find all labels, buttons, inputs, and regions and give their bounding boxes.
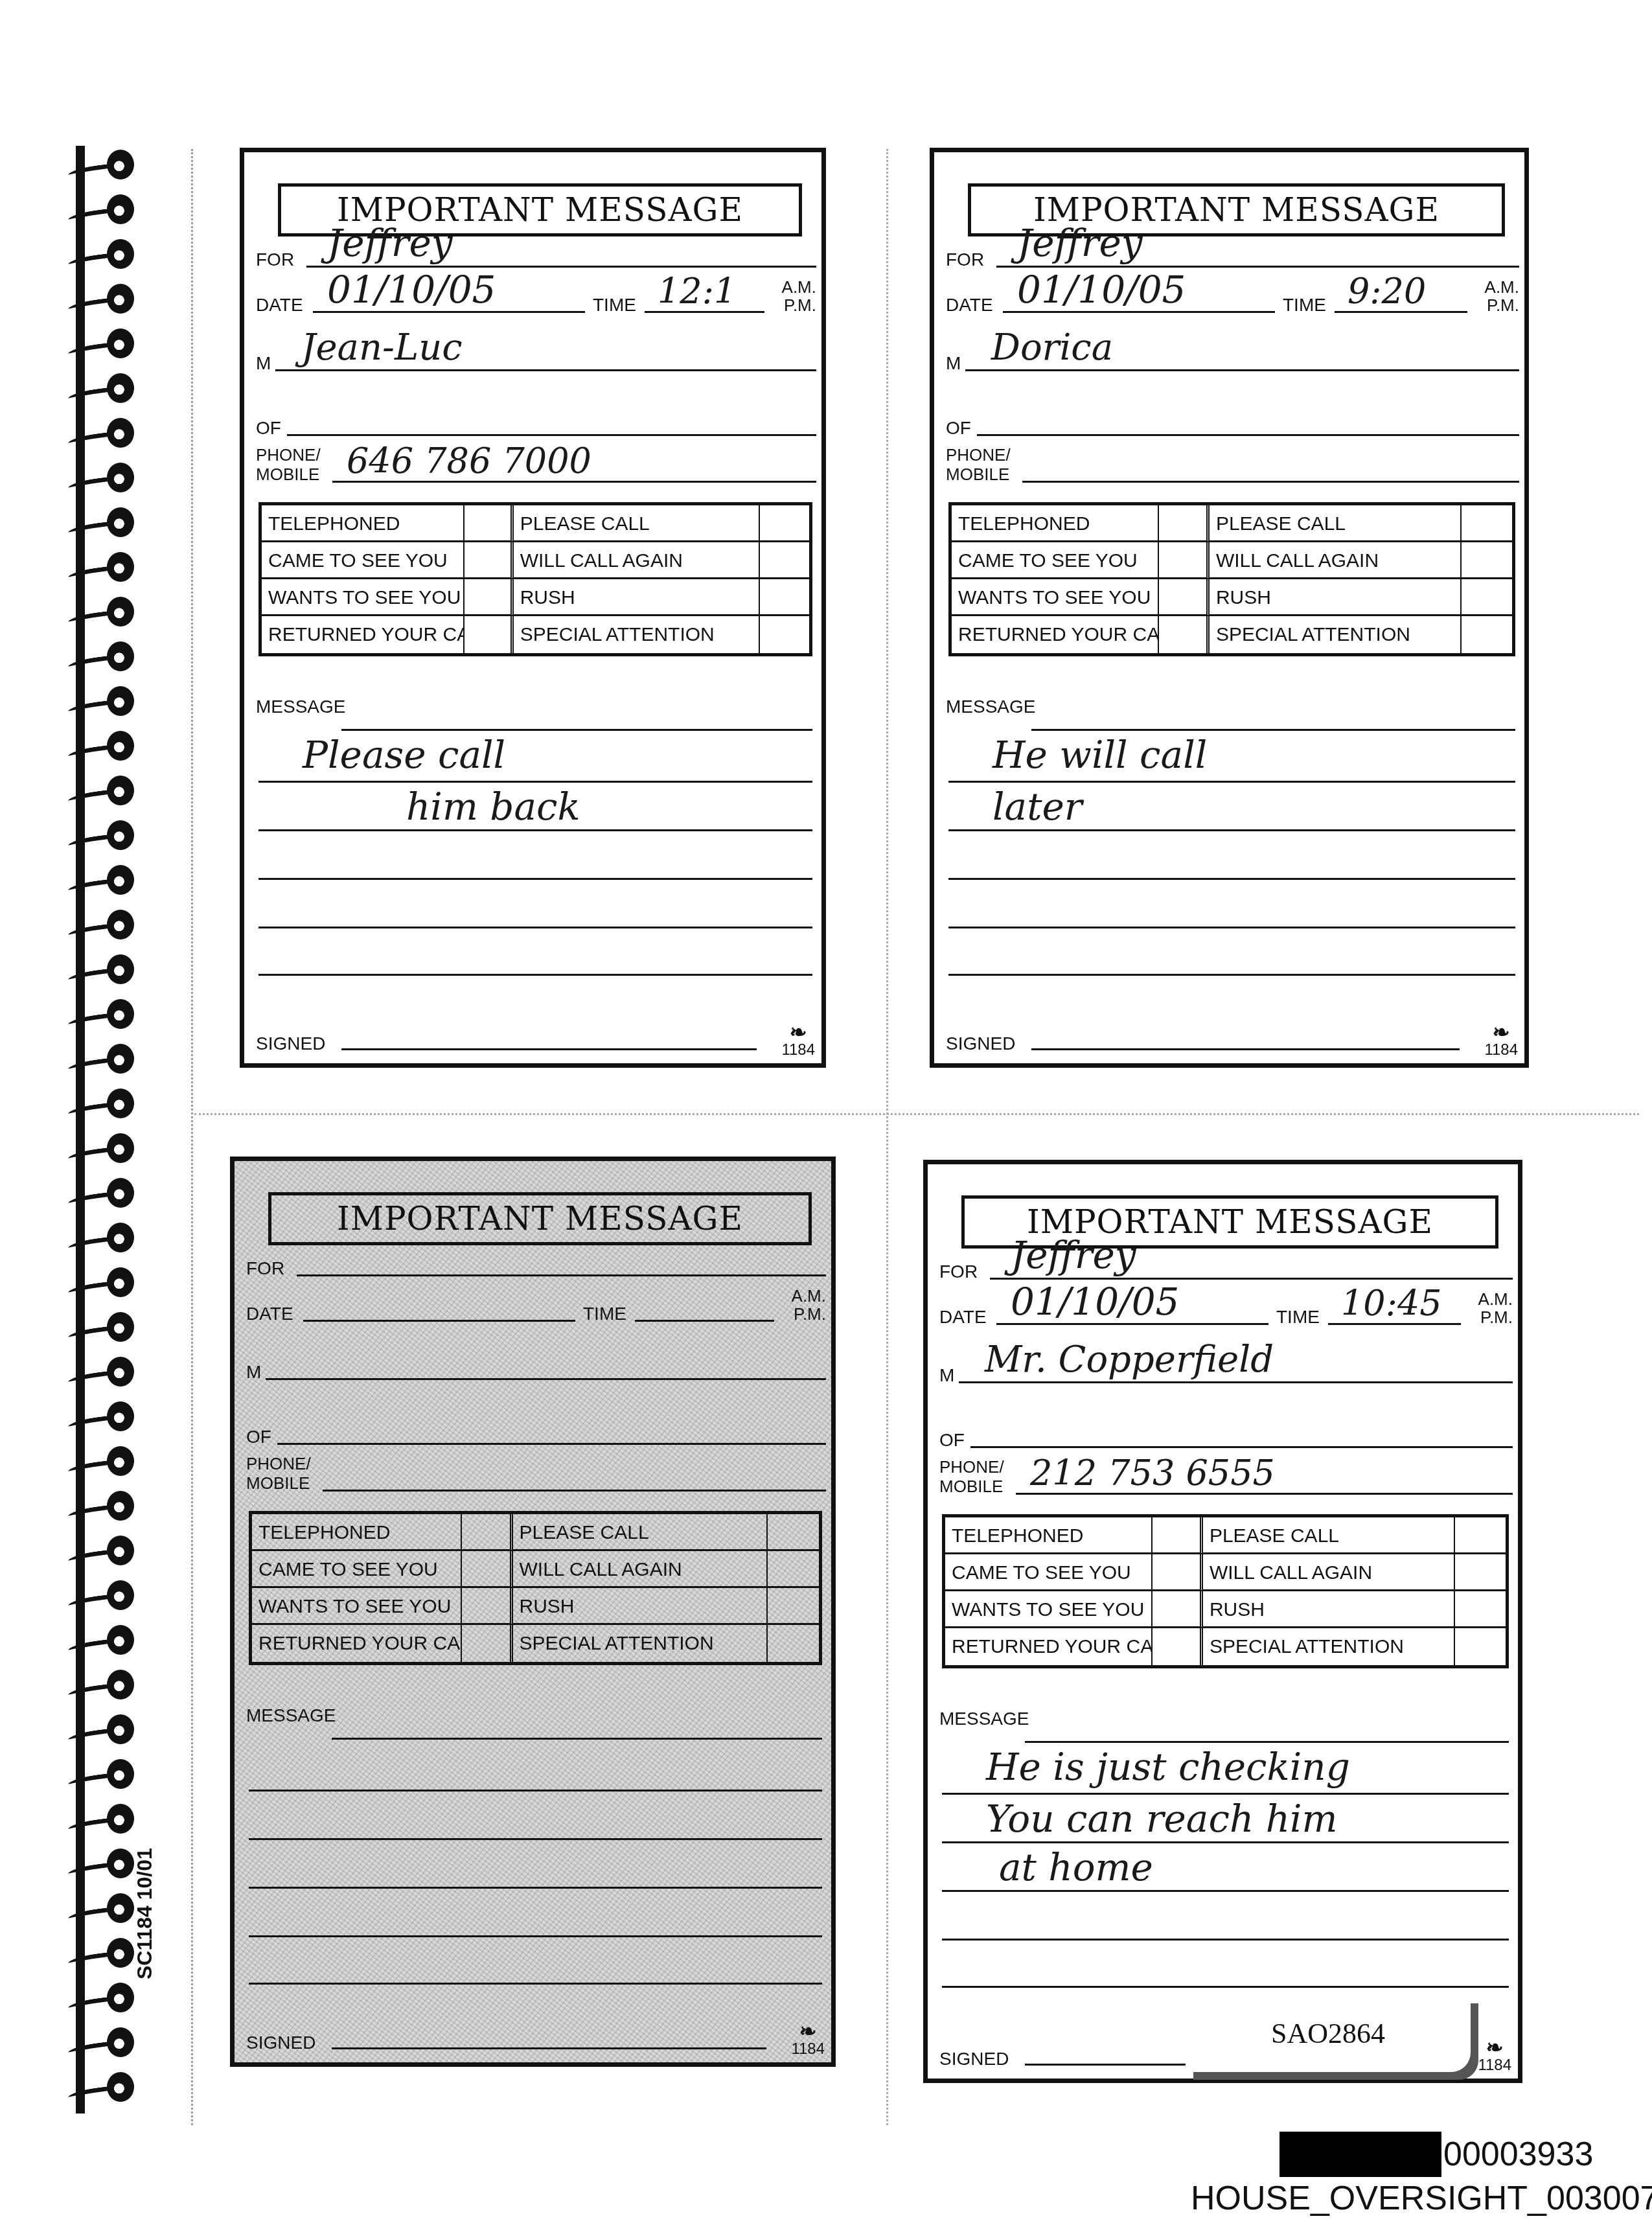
pm-label[interactable]: P.M. — [784, 295, 816, 315]
pm-label[interactable]: P.M. — [1487, 295, 1519, 315]
phone-field[interactable]: PHONE/MOBILE 646 786 7000 — [256, 443, 816, 484]
checkbox-returned-your-call[interactable] — [1153, 1628, 1203, 1665]
checkbox-wants-to-see-you[interactable] — [465, 579, 514, 616]
form-number: ❧ 1184 — [1484, 1022, 1518, 1058]
adams-logo-icon: ❧ — [791, 2021, 825, 2042]
spiral-coil — [68, 2023, 152, 2064]
phone-field[interactable]: PHONE/MOBILE — [946, 443, 1519, 484]
checkbox-returned-your-call[interactable] — [465, 616, 514, 653]
m-label: M — [256, 354, 271, 373]
spiral-coil — [68, 414, 152, 454]
message-line: You can reach him — [986, 1797, 1338, 1841]
for-field[interactable]: FOR — [246, 1252, 826, 1278]
message-rule — [948, 974, 1515, 976]
signed-line[interactable] — [332, 2047, 766, 2049]
checkbox-rush[interactable] — [1462, 579, 1512, 616]
of-field[interactable]: OF — [256, 411, 816, 437]
checkbox-wants-to-see-you[interactable] — [462, 1588, 513, 1625]
signed-label: SIGNED — [256, 1033, 325, 1054]
message-type-checklist: TELEPHONEDPLEASE CALLCAME TO SEE YOUWILL… — [258, 502, 812, 656]
spiral-coil — [68, 906, 152, 946]
spiral-coil — [68, 548, 152, 588]
from-value: Mr. Copperfield — [985, 1339, 1274, 1381]
checkbox-please-call[interactable] — [1462, 505, 1512, 542]
label-rush: RUSH — [513, 1588, 768, 1625]
checkbox-special-attention[interactable] — [760, 616, 809, 653]
message-rule — [258, 878, 812, 880]
label-rush: RUSH — [1203, 1591, 1455, 1628]
spiral-binding — [68, 146, 152, 2122]
for-field[interactable]: FOR Jeffrey — [946, 243, 1519, 269]
spiral-coil — [68, 1219, 152, 1259]
spiral-coil — [68, 1800, 152, 1840]
spiral-coil — [68, 1532, 152, 1572]
checkbox-came-to-see-you[interactable] — [1153, 1554, 1203, 1591]
message-slip-top-left: IMPORTANT MESSAGE FOR Jeffrey DATE 01/10… — [240, 148, 826, 1068]
from-field[interactable]: M — [246, 1355, 826, 1381]
message-slip-top-right: IMPORTANT MESSAGE FOR Jeffrey DATE 01/10… — [930, 148, 1529, 1068]
checkbox-came-to-see-you[interactable] — [465, 542, 514, 579]
phone-field[interactable]: PHONE/MOBILE — [246, 1451, 826, 1493]
phone-field[interactable]: PHONE/MOBILE 212 753 6555 — [939, 1455, 1513, 1496]
of-field[interactable]: OF — [946, 411, 1519, 437]
spiral-coil — [68, 1666, 152, 1706]
signed-line[interactable] — [341, 1048, 757, 1050]
spiral-coil — [68, 1308, 152, 1348]
label-returned-your-call: RETURNED YOUR CALL — [262, 616, 465, 653]
message-rule — [341, 729, 812, 731]
message-slip-bottom-right: IMPORTANT MESSAGE FOR Jeffrey DATE 01/10… — [923, 1160, 1522, 2083]
message-line: Please call — [303, 733, 505, 777]
label-came-to-see-you: CAME TO SEE YOU — [262, 542, 465, 579]
from-field[interactable]: M Jean-Luc — [256, 347, 816, 373]
spiral-coil — [68, 638, 152, 678]
message-label: MESSAGE — [256, 697, 345, 717]
from-value: Jean-Luc — [301, 327, 463, 369]
checkbox-special-attention[interactable] — [768, 1625, 819, 1662]
for-value: Jeffrey — [327, 221, 452, 265]
of-label: OF — [246, 1428, 271, 1446]
form-number: ❧ 1184 — [781, 1022, 815, 1058]
label-wants-to-see-you: WANTS TO SEE YOU — [952, 579, 1159, 616]
spiral-coil — [68, 1442, 152, 1482]
spiral-coil — [68, 1755, 152, 1795]
label-rush: RUSH — [514, 579, 760, 616]
checkbox-returned-your-call[interactable] — [1159, 616, 1210, 653]
spiral-coil — [68, 1576, 152, 1617]
message-rule — [258, 974, 812, 976]
label-special-attention: SPECIAL ATTENTION — [1203, 1628, 1455, 1665]
message-rule — [948, 781, 1515, 783]
from-field[interactable]: M Dorica — [946, 347, 1519, 373]
spiral-coil — [68, 682, 152, 722]
message-rule — [948, 878, 1515, 880]
label-special-attention: SPECIAL ATTENTION — [514, 616, 760, 653]
checkbox-wants-to-see-you[interactable] — [1153, 1591, 1203, 1628]
from-field[interactable]: M Mr. Copperfield — [939, 1359, 1513, 1385]
time-label: TIME — [1283, 296, 1326, 314]
checkbox-rush[interactable] — [1455, 1591, 1506, 1628]
slip-title: IMPORTANT MESSAGE — [268, 1192, 812, 1245]
spiral-coil — [68, 235, 152, 275]
label-came-to-see-you: CAME TO SEE YOU — [252, 1551, 462, 1588]
pm-label[interactable]: P.M. — [794, 1304, 826, 1324]
message-rule — [249, 1983, 822, 1985]
date-time-field[interactable]: DATE TIME A.M. P.M. — [246, 1297, 826, 1323]
spiral-coil — [68, 503, 152, 544]
label-will-call-again: WILL CALL AGAIN — [513, 1551, 768, 1588]
message-line: He is just checking — [986, 1745, 1350, 1789]
adams-logo-icon: ❧ — [1478, 2037, 1511, 2058]
message-rule — [942, 1986, 1509, 1988]
phone-label: PHONE/MOBILE — [939, 1457, 1004, 1496]
phone-value: 646 786 7000 — [347, 441, 591, 481]
message-line: him back — [406, 785, 580, 829]
date-value: 01/10/05 — [1017, 268, 1186, 312]
spiral-coil — [68, 1085, 152, 1125]
checkbox-rush[interactable] — [760, 579, 809, 616]
phone-label: PHONE/MOBILE — [246, 1454, 311, 1493]
message-line: at home — [999, 1845, 1153, 1889]
date-time-field[interactable]: DATE 01/10/05 TIME 10:45 A.M. P.M. — [939, 1300, 1513, 1326]
spiral-coil — [68, 593, 152, 633]
label-came-to-see-you: CAME TO SEE YOU — [952, 542, 1159, 579]
spiral-coil — [68, 861, 152, 901]
form-side-code: SC1184 10/01 — [133, 1848, 157, 1979]
label-came-to-see-you: CAME TO SEE YOU — [945, 1554, 1153, 1591]
label-returned-your-call: RETURNED YOUR CALL — [945, 1628, 1153, 1665]
for-value: Jeffrey — [1017, 221, 1142, 265]
label-please-call: PLEASE CALL — [1203, 1517, 1455, 1554]
label-telephoned: TELEPHONED — [252, 1514, 462, 1551]
message-rule — [942, 1841, 1509, 1843]
message-rule — [258, 781, 812, 783]
label-special-attention: SPECIAL ATTENTION — [1210, 616, 1462, 653]
checkbox-wants-to-see-you[interactable] — [1159, 579, 1210, 616]
message-type-checklist: TELEPHONEDPLEASE CALLCAME TO SEE YOUWILL… — [948, 502, 1515, 656]
date-label: DATE — [939, 1308, 987, 1326]
perforation-left — [191, 149, 193, 2125]
date-value: 01/10/05 — [1011, 1280, 1180, 1324]
label-telephoned: TELEPHONED — [952, 505, 1159, 542]
for-label: FOR — [946, 251, 984, 269]
from-value: Dorica — [991, 327, 1113, 369]
signed-label: SIGNED — [246, 2033, 315, 2053]
of-label: OF — [256, 419, 281, 437]
spiral-coil — [68, 816, 152, 857]
signed-label: SIGNED — [946, 1033, 1015, 1054]
spiral-coil — [68, 459, 152, 499]
label-wants-to-see-you: WANTS TO SEE YOU — [945, 1591, 1153, 1628]
spiral-coil — [68, 1710, 152, 1751]
house-oversight-id: HOUSE_OVERSIGHT_003007 — [1191, 2176, 1652, 2221]
label-returned-your-call: RETURNED YOUR CALL — [252, 1625, 462, 1662]
spiral-coil — [68, 1621, 152, 1661]
spiral-coil — [68, 146, 152, 186]
message-label: MESSAGE — [246, 1705, 336, 1726]
am-label[interactable]: A.M. — [1485, 277, 1519, 297]
checkbox-please-call[interactable] — [768, 1514, 819, 1551]
spiral-coil — [68, 772, 152, 812]
message-rule — [942, 1890, 1509, 1892]
message-line: later — [992, 785, 1083, 829]
message-rule — [258, 927, 812, 928]
phone-label: PHONE/MOBILE — [946, 445, 1011, 484]
time-label: TIME — [593, 296, 636, 314]
time-label: TIME — [583, 1305, 626, 1323]
checkbox-rush[interactable] — [768, 1588, 819, 1625]
sao-stamp: SAO2864 — [1186, 1996, 1471, 2072]
am-label[interactable]: A.M. — [782, 277, 816, 297]
spiral-coil — [68, 1129, 152, 1169]
message-rule — [249, 1887, 822, 1889]
m-label: M — [946, 354, 961, 373]
spiral-coil — [68, 727, 152, 767]
label-rush: RUSH — [1210, 579, 1462, 616]
message-rule — [948, 927, 1515, 928]
checkbox-telephoned[interactable] — [1159, 505, 1210, 542]
message-line: He will call — [992, 733, 1207, 777]
checkbox-telephoned[interactable] — [1153, 1517, 1203, 1554]
message-slip-bottom-left: IMPORTANT MESSAGE FOR DATE TIME A.M. P.M… — [230, 1157, 836, 2067]
label-wants-to-see-you: WANTS TO SEE YOU — [262, 579, 465, 616]
label-will-call-again: WILL CALL AGAIN — [1210, 542, 1462, 579]
checkbox-returned-your-call[interactable] — [462, 1625, 513, 1662]
checkbox-will-call-again[interactable] — [768, 1551, 819, 1588]
perforation-horizontal — [194, 1113, 1639, 1115]
spiral-coil — [68, 280, 152, 320]
date-value: 01/10/05 — [327, 268, 496, 312]
time-label: TIME — [1276, 1308, 1320, 1326]
of-label: OF — [946, 419, 971, 437]
message-rule — [258, 829, 812, 831]
spiral-coil — [68, 1263, 152, 1304]
spiral-coil — [68, 190, 152, 231]
checkbox-will-call-again[interactable] — [760, 542, 809, 579]
time-value: 9:20 — [1348, 271, 1426, 312]
label-please-call: PLEASE CALL — [514, 505, 760, 542]
checkbox-please-call[interactable] — [1455, 1517, 1506, 1554]
phone-label: PHONE/MOBILE — [256, 445, 321, 484]
am-label[interactable]: A.M. — [1478, 1289, 1513, 1309]
m-label: M — [939, 1366, 954, 1385]
signed-label: SIGNED — [939, 2049, 1009, 2069]
message-rule — [249, 1790, 822, 1791]
adams-logo-icon: ❧ — [781, 1022, 815, 1042]
label-wants-to-see-you: WANTS TO SEE YOU — [252, 1588, 462, 1625]
label-special-attention: SPECIAL ATTENTION — [513, 1625, 768, 1662]
date-time-field[interactable]: DATE 01/10/05 TIME 12:1 A.M. P.M. — [256, 288, 816, 314]
redaction-bar — [1279, 2132, 1441, 2177]
of-field[interactable]: OF — [246, 1420, 826, 1446]
label-please-call: PLEASE CALL — [1210, 505, 1462, 542]
for-label: FOR — [939, 1263, 978, 1281]
spiral-coil — [68, 2068, 152, 2108]
for-field[interactable]: FOR Jeffrey — [256, 243, 816, 269]
pm-label[interactable]: P.M. — [1480, 1307, 1513, 1327]
checkbox-telephoned[interactable] — [465, 505, 514, 542]
message-rule — [1031, 729, 1515, 731]
label-returned-your-call: RETURNED YOUR CALL — [952, 616, 1159, 653]
for-value: Jeffrey — [1011, 1233, 1136, 1277]
spiral-coil — [68, 1979, 152, 2019]
date-time-field[interactable]: DATE 01/10/05 TIME 9:20 A.M. P.M. — [946, 288, 1519, 314]
message-rule — [942, 1939, 1509, 1941]
checkbox-will-call-again[interactable] — [1455, 1554, 1506, 1591]
of-label: OF — [939, 1431, 965, 1449]
message-label: MESSAGE — [946, 697, 1035, 717]
spiral-coil — [68, 1353, 152, 1393]
spiral-coil — [68, 325, 152, 365]
bates-number: 00003933 — [1443, 2132, 1593, 2177]
form-number: ❧ 1184 — [1478, 2037, 1511, 2073]
message-rule — [948, 829, 1515, 831]
perforation-vertical — [886, 149, 888, 2125]
m-label: M — [246, 1363, 261, 1381]
checkbox-special-attention[interactable] — [1462, 616, 1512, 653]
of-field[interactable]: OF — [939, 1423, 1513, 1449]
spiral-coil — [68, 950, 152, 991]
message-rule — [249, 1935, 822, 1937]
label-telephoned: TELEPHONED — [262, 505, 465, 542]
for-label: FOR — [246, 1260, 284, 1278]
spiral-coil — [68, 1398, 152, 1438]
spiral-coil — [68, 1174, 152, 1214]
spiral-coil — [68, 1487, 152, 1527]
label-will-call-again: WILL CALL AGAIN — [1203, 1554, 1455, 1591]
date-label: DATE — [256, 296, 303, 314]
checkbox-please-call[interactable] — [760, 505, 809, 542]
checkbox-came-to-see-you[interactable] — [462, 1551, 513, 1588]
for-label: FOR — [256, 251, 294, 269]
label-will-call-again: WILL CALL AGAIN — [514, 542, 760, 579]
signed-line[interactable] — [1031, 1048, 1460, 1050]
date-label: DATE — [246, 1305, 293, 1323]
message-label: MESSAGE — [939, 1709, 1029, 1729]
checkbox-special-attention[interactable] — [1455, 1628, 1506, 1665]
for-field[interactable]: FOR Jeffrey — [939, 1255, 1513, 1281]
spiral-coil — [68, 369, 152, 409]
label-telephoned: TELEPHONED — [945, 1517, 1153, 1554]
label-please-call: PLEASE CALL — [513, 1514, 768, 1551]
date-label: DATE — [946, 296, 993, 314]
message-rule — [1025, 1741, 1509, 1743]
message-rule — [332, 1738, 822, 1740]
checkbox-came-to-see-you[interactable] — [1159, 542, 1210, 579]
message-type-checklist: TELEPHONEDPLEASE CALLCAME TO SEE YOUWILL… — [249, 1511, 822, 1665]
form-number: ❧ 1184 — [791, 2021, 825, 2057]
adams-logo-icon: ❧ — [1484, 1022, 1518, 1042]
message-rule — [249, 1838, 822, 1840]
checkbox-will-call-again[interactable] — [1462, 542, 1512, 579]
spiral-coil — [68, 1040, 152, 1080]
am-label[interactable]: A.M. — [792, 1286, 826, 1306]
message-type-checklist: TELEPHONEDPLEASE CALLCAME TO SEE YOUWILL… — [942, 1514, 1509, 1668]
spiral-coil — [68, 995, 152, 1035]
time-value: 10:45 — [1341, 1283, 1442, 1324]
time-value: 12:1 — [658, 271, 736, 312]
checkbox-telephoned[interactable] — [462, 1514, 513, 1551]
phone-value: 212 753 6555 — [1030, 1453, 1275, 1493]
message-rule — [942, 1793, 1509, 1795]
